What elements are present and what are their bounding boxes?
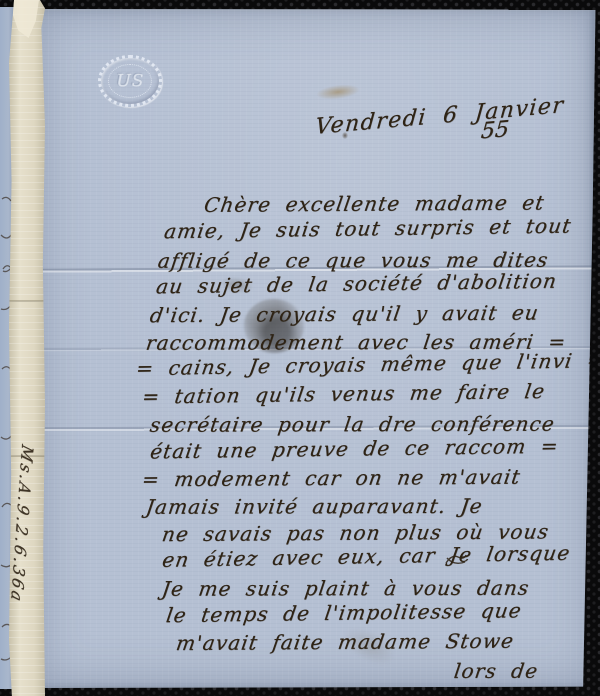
letter-body: Chère excellente madame et amie, Je suis… [36, 193, 596, 686]
letter-line: d'ici. Je croyais qu'il y avait eu [34, 299, 599, 330]
tape-crease [9, 300, 45, 302]
seal-inner-ring: US [108, 64, 152, 98]
foxing-stain [315, 82, 360, 101]
letter-line: = modement car on ne m'avait [34, 463, 599, 494]
tape-tear [13, 0, 39, 38]
letter-line: Jamais invité auparavant. Je [34, 493, 598, 522]
embossed-seal: US [98, 55, 162, 107]
letter-page: US Vendredi 6 Janvier 55 Chère excellent… [36, 9, 596, 688]
catchword-line: lors de [34, 657, 598, 686]
ink-scribble [444, 551, 468, 569]
scan-background: US Vendredi 6 Janvier 55 Chère excellent… [0, 0, 600, 696]
date-line: Vendredi 6 Janvier 55 [313, 93, 566, 159]
letter-line: m'avait faite madame Stowe [34, 627, 599, 658]
seal-monogram: US [116, 71, 144, 91]
